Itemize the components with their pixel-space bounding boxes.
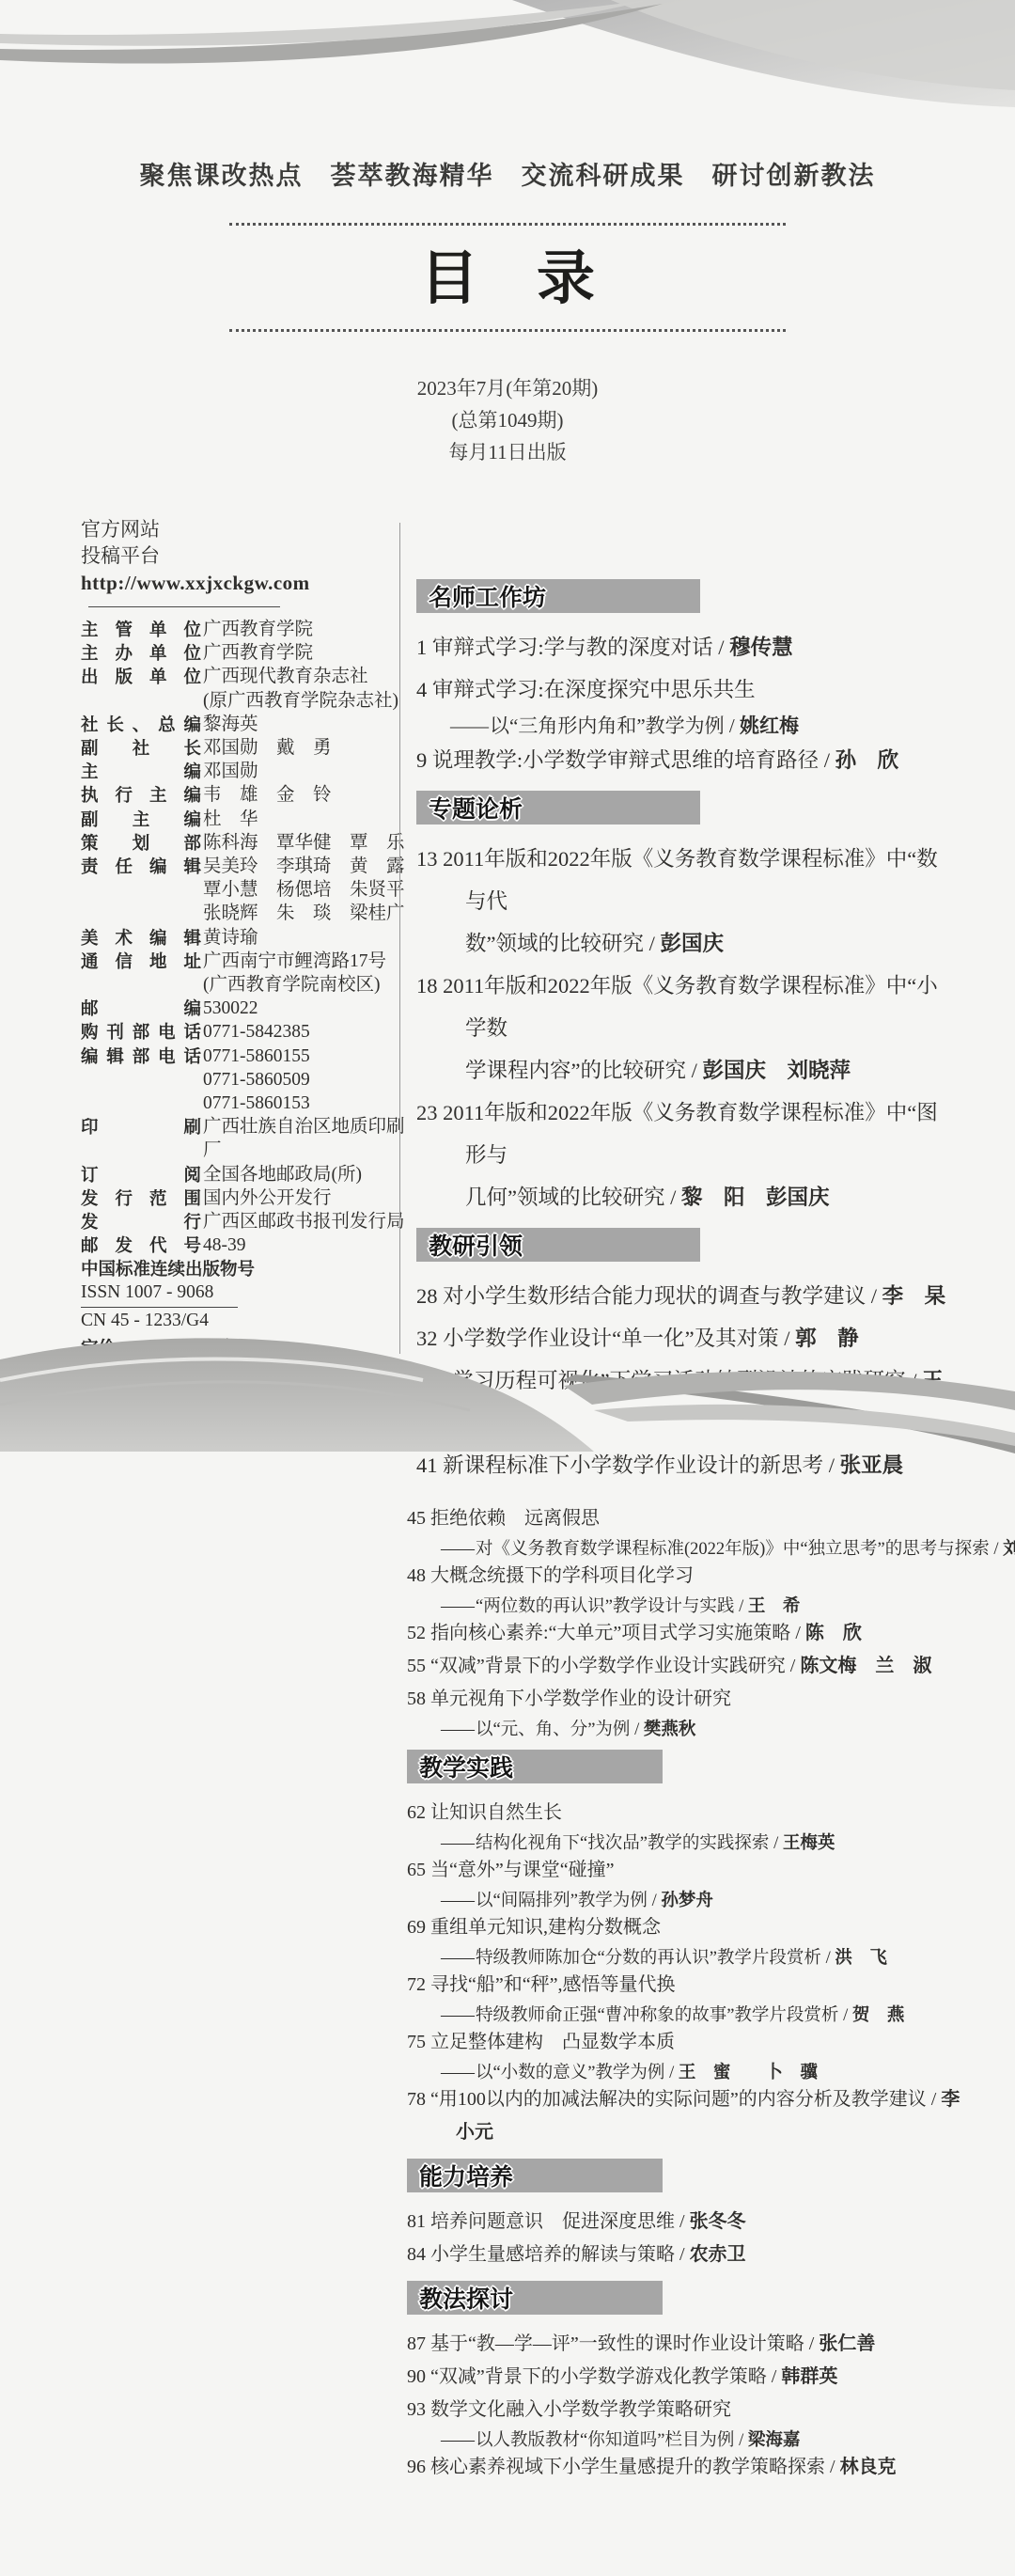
masthead-row-label — [81, 973, 201, 997]
masthead-row-label: 主编 — [81, 760, 201, 783]
toc-entry-author: 孙梦舟 — [661, 1892, 713, 1910]
toc-page-number: 28 — [416, 1284, 438, 1308]
toc-entry-title: 数学文化融入小学数学教学策略研究 — [426, 2399, 731, 2420]
author-separator: / — [790, 1623, 805, 1643]
masthead-row-value: 邓国勋 — [201, 760, 406, 783]
toc-entry-title: “学习历程可视化”下学习活动转型设计的实践研究 — [438, 1369, 906, 1392]
section-header-bar: 教学实践 — [407, 1750, 663, 1783]
masthead-row-label: 编辑部电话 — [81, 1045, 201, 1068]
toc-entry-subtitle: ——特级教师俞正强“曹冲称象的故事”教学片段赏析 / 贺 燕 — [407, 2002, 971, 2026]
toc-entry: 69 重组单元知识,建构分数概念 — [407, 1911, 971, 1944]
toc-page-number: 62 — [407, 1802, 426, 1823]
masthead-row: 执行主编韦 雄 金 铃 — [81, 783, 406, 807]
masthead-row: 出版单位广西现代教育杂志社 — [81, 665, 406, 688]
toc-entry-title: 审辩式学习:学与教的深度对话 — [427, 636, 712, 659]
toc-entry-subtitle: ——以“小数的意义”教学为例 / 王 蜜 卜 骥 — [407, 2059, 971, 2083]
issue-line-date: 2023年7月(年第20期) — [0, 372, 1015, 404]
toc-page-number: 81 — [407, 2211, 426, 2232]
toc-entry-author: 陈文梅 兰 淑 — [800, 1656, 931, 1676]
toc-entry-title: 当“意外”与课堂“碰撞” — [426, 1860, 615, 1880]
toc-entry-title: 寻找“船”和“秤”,感悟等量代换 — [426, 1974, 676, 1995]
em-dash: —— — [450, 715, 488, 737]
masthead-row-label — [81, 1068, 201, 1092]
em-dash: —— — [441, 1949, 474, 1968]
toc-entry-title: 指向核心素养:“大单元”项目式学习实施策略 — [426, 1623, 790, 1643]
toc-page-number: 41 — [416, 1453, 438, 1477]
toc-entry-author: 王梅英 — [783, 1834, 835, 1853]
author-separator: / — [825, 2457, 840, 2477]
masthead-row-value: 吴美玲 李琪琦 黄 露 — [201, 855, 406, 878]
toc-entry-title: 说理教学:小学数学审辩式思维的培育路径 — [427, 748, 819, 772]
toc-entry-author: 姚红梅 — [740, 715, 799, 737]
toc-entry: 23 2011年版和2022年版《义务教育数学课程标准》中“图形与 几何”领域的… — [416, 1092, 957, 1218]
author-separator: / — [675, 2244, 690, 2265]
toc-entry-author: 郭 静 — [795, 1327, 859, 1350]
section-header-bar: 能力培养 — [407, 2159, 663, 2192]
toc-page-number: 96 — [407, 2457, 426, 2477]
em-dash: —— — [441, 1834, 474, 1853]
toc-entry: 81 培养问题意识 促进深度思维 / 张冬冬 — [407, 2206, 971, 2238]
section-title: 教学实践 — [419, 1750, 513, 1783]
masthead-row-value: 0771-5860509 — [201, 1068, 406, 1092]
toc-entry-author: 王 蜜 卜 骥 — [679, 2064, 818, 2082]
masthead-row: 张晓辉 朱 琰 梁桂广 — [81, 902, 406, 925]
site-url: http://www.xxjxckgw.com — [81, 569, 406, 597]
author-separator: / — [686, 1059, 703, 1082]
toc-entry-title: 单元视角下小学数学作业的设计研究 — [426, 1689, 731, 1709]
serial-number-label: 中国标准连续出版物号 — [81, 1257, 406, 1281]
toc-subtitle-text: 以“元、角、分”为例 — [476, 1720, 630, 1739]
masthead-row-value: 韦 雄 金 铃 — [201, 783, 406, 807]
em-dash: —— — [441, 1892, 474, 1910]
author-separator: / — [734, 2431, 747, 2450]
toc-page-number: 4 — [416, 678, 427, 701]
masthead-row-value: 国内外公开发行 — [201, 1186, 406, 1210]
masthead-row-label — [81, 878, 201, 902]
toc-page-number: 69 — [407, 1917, 426, 1938]
toc-subtitle-text: 对《义务教育数学课程标准(2022年版)》中“独立思考”的思考与探索 — [476, 1540, 990, 1559]
masthead-row-value: 杜 华 — [201, 808, 406, 831]
masthead-row-value: 广西南宁市鲤湾路17号 — [201, 950, 406, 973]
masthead-row-label: 发行范围 — [81, 1186, 201, 1210]
author-separator: / — [769, 1834, 782, 1853]
author-separator: / — [664, 2064, 678, 2082]
masthead-row-label: 出版单位 — [81, 665, 201, 688]
toc-entry-title: “用100以内的加减法解决的实际问题”的内容分析及教学建议 — [426, 2089, 927, 2110]
masthead-row-label: 策划部 — [81, 831, 201, 855]
toc-entry: 78 “用100以内的加减法解决的实际问题”的内容分析及教学建议 / 李小元 — [407, 2083, 971, 2149]
toc-page-number: 58 — [407, 1689, 426, 1709]
masthead-row: 主办单位广西教育学院 — [81, 641, 406, 665]
toc-entry-title: “双减”背景下的小学数学游戏化教学策略 — [426, 2366, 767, 2387]
toc-entry: 65 当“意外”与课堂“碰撞” — [407, 1854, 971, 1887]
em-dash: —— — [441, 1720, 474, 1739]
toc-entry: 75 立足整体建构 凸显数学本质 — [407, 2026, 971, 2059]
toc-entry: 52 指向核心素养:“大单元”项目式学习实施策略 / 陈 欣 — [407, 1617, 971, 1650]
masthead-row-label: 主办单位 — [81, 641, 201, 665]
author-separator: / — [838, 2006, 851, 2025]
masthead-row-value: 0771-5860155 — [201, 1045, 406, 1068]
masthead-row-value: 广西教育学院 — [201, 618, 406, 641]
author-separator: / — [713, 636, 730, 659]
toc-entry-author: 刘友富 — [1003, 1540, 1015, 1559]
author-separator: / — [767, 2366, 782, 2387]
price-label: 定价 — [81, 1336, 135, 1359]
toc-entry-author: 张仁善 — [819, 2333, 875, 2354]
toc-entry-author: 洪 飞 — [835, 1949, 887, 1968]
toc-entry: 41 新课程标准下小学数学作业设计的新思考 / 张亚晨 — [416, 1444, 957, 1486]
masthead-row: 邮编530022 — [81, 997, 406, 1020]
toc-page-number: 36 — [416, 1369, 438, 1392]
dotted-divider-top — [229, 223, 786, 226]
toc-entry-author: 樊燕秋 — [644, 1720, 696, 1739]
price-value: 17.00 元 — [165, 1336, 406, 1359]
toc-page-number: 65 — [407, 1860, 426, 1880]
masthead-row-value: 陈科海 覃华健 覃 乐 — [201, 831, 406, 855]
author-separator: / — [648, 1892, 661, 1910]
author-separator: / — [819, 748, 835, 772]
journal-motto: 聚焦课改热点 荟萃教海精华 交流科研成果 研讨创新教法 — [0, 155, 1015, 192]
dotted-divider-bottom — [229, 329, 786, 332]
masthead-row: (原广西教育学院杂志社) — [81, 689, 406, 713]
masthead-row-value: 广西区邮政书报刊发行局 — [201, 1210, 406, 1233]
toc-entry-subtitle: ——结构化视角下“找次品”教学的实践探索 / 王梅英 — [407, 1830, 971, 1854]
masthead-row-label — [81, 689, 201, 713]
masthead-row-value: 覃小慧 杨偲培 朱贤平 — [201, 878, 406, 902]
toc-subtitle-text: 以“小数的意义”教学为例 — [476, 2064, 664, 2082]
masthead-row-value: 黎海英 — [201, 713, 406, 736]
toc-entry-author: 孙 欣 — [835, 748, 899, 772]
toc-subtitle-text: 特级教师俞正强“曹冲称象的故事”教学片段赏析 — [476, 2006, 838, 2025]
masthead-row: 发行范围国内外公开发行 — [81, 1186, 406, 1210]
toc-entry: 45 拒绝依赖 远离假思 — [407, 1502, 971, 1535]
masthead-row: 美术编辑黄诗瑜 — [81, 926, 406, 950]
toc-entry: 32 小学数学作业设计“单一化”及其对策 / 郭 静 — [416, 1317, 957, 1359]
masthead-row-value: 0771-5860153 — [201, 1092, 406, 1115]
toc-page-number: 52 — [407, 1623, 426, 1643]
toc-entry-author: 李 杲 — [882, 1284, 946, 1308]
issue-line-serial: (总第1049期) — [0, 404, 1015, 436]
toc-page-number: 18 — [416, 974, 438, 997]
toc-page-number: 75 — [407, 2032, 426, 2052]
toc-entry-author: 黎 阳 彭国庆 — [681, 1186, 830, 1209]
toc-entry-title: 小学数学作业设计“单一化”及其对策 — [438, 1327, 779, 1350]
toc-entry-title: 核心素养视域下小学生量感提升的教学策略探索 — [426, 2457, 825, 2477]
toc-entry-author: 陈 欣 — [805, 1623, 862, 1643]
issue-info: 2023年7月(年第20期) (总第1049期) 每月11日出版 — [0, 372, 1015, 468]
masthead-row-label: 副社长 — [81, 736, 201, 760]
section-header-bar: 教法探讨 — [407, 2281, 663, 2315]
masthead-row: 覃小慧 杨偲培 朱贤平 — [81, 878, 406, 902]
masthead: 官方网站 投稿平台 http://www.xxjxckgw.com 主管单位广西… — [81, 516, 406, 1373]
masthead-row-label: 邮发代号 — [81, 1233, 201, 1257]
toc-entry: 96 核心素养视域下小学生量感提升的教学策略探索 / 林良克 — [407, 2451, 971, 2484]
masthead-row-label: 美术编辑 — [81, 926, 201, 950]
toc-upper-column: 名师工作坊1 审辩式学习:学与教的深度对话 / 穆传慧4 审辩式学习:在深度探究… — [416, 570, 957, 1486]
toc-subtitle-text: “两位数的再认识”教学设计与实践 — [476, 1597, 734, 1616]
masthead-row: 0771-5860509 — [81, 1068, 406, 1092]
toc-page-number: 90 — [407, 2366, 426, 2387]
toc-entry-title: 新课程标准下小学数学作业设计的新思考 — [438, 1453, 824, 1477]
author-separator: / — [630, 1720, 643, 1739]
toc-entry-subtitle: ——对《义务教育数学课程标准(2022年版)》中“独立思考”的思考与探索 / 刘… — [407, 1535, 971, 1560]
toc-entry-title: 大概念统摄下的学科项目化学习 — [426, 1565, 694, 1586]
masthead-row-label: 通信地址 — [81, 950, 201, 973]
toc-page-number: 45 — [407, 1508, 426, 1529]
toc-entry-author: 梁海嘉 — [748, 2431, 801, 2450]
toc-entry: 87 基于“教—学—评”一致性的课时作业设计策略 / 张仁善 — [407, 2328, 971, 2361]
toc-entry-author: 贺 燕 — [852, 2006, 905, 2025]
issn-number: ISSN 1007 - 9068 — [81, 1281, 238, 1308]
masthead-row: 副主编杜 华 — [81, 808, 406, 831]
masthead-row-value: 黄诗瑜 — [201, 926, 406, 950]
section-title: 能力培养 — [419, 2159, 513, 2192]
toc-page-number: 13 — [416, 847, 438, 871]
section-title: 教研引领 — [429, 1228, 523, 1262]
masthead-row-value: 广西现代教育杂志社 — [201, 665, 406, 688]
masthead-row-label: 发行 — [81, 1210, 201, 1233]
em-dash: —— — [441, 2064, 474, 2082]
toc-entry: 48 大概念统摄下的学科项目化学习 — [407, 1560, 971, 1593]
toc-page-number: 48 — [407, 1565, 426, 1586]
author-separator: / — [866, 1284, 882, 1308]
toc-entry: 18 2011年版和2022年版《义务教育数学课程标准》中“小学数 学课程内容”… — [416, 965, 957, 1092]
masthead-row-label: 主管单位 — [81, 618, 201, 641]
section-title: 教法探讨 — [419, 2281, 513, 2315]
masthead-row: 责任编辑吴美玲 李琪琦 黄 露 — [81, 855, 406, 878]
author-separator: / — [644, 932, 661, 955]
toc-entry-title: 小学生量感培养的解读与策略 — [426, 2244, 675, 2265]
toc-page-number: 23 — [416, 1101, 438, 1124]
toc-page-number: 84 — [407, 2244, 426, 2265]
masthead-row: 邮发代号48-39 — [81, 1233, 406, 1257]
toc-entry: 84 小学生量感培养的解读与策略 / 农赤卫 — [407, 2238, 971, 2271]
masthead-row-value: 48-39 — [201, 1233, 406, 1257]
toc-entry-subtitle: ——“两位数的再认识”教学设计与实践 / 王 希 — [407, 1593, 971, 1617]
top-wave-decoration — [0, 0, 1015, 113]
author-separator: / — [734, 1597, 747, 1616]
toc-subtitle-text: 以人教版教材“你知道吗”栏目为例 — [476, 2431, 734, 2450]
toc-entry-author: 林良克 — [840, 2457, 897, 2477]
toc-page-number: 93 — [407, 2399, 426, 2420]
toc-subtitle-text: 结构化视角下“找次品”教学的实践探索 — [476, 1834, 769, 1853]
masthead-row-label: 副主编 — [81, 808, 201, 831]
toc-entry: 28 对小学生数形结合能力现状的调查与教学建议 / 李 杲 — [416, 1275, 957, 1317]
submission-platform-label: 投稿平台 — [81, 542, 406, 569]
author-separator: / — [821, 1949, 835, 1968]
author-separator: / — [990, 1540, 1003, 1559]
masthead-row-label: 印刷 — [81, 1115, 201, 1162]
section-header-bar: 名师工作坊 — [416, 579, 700, 613]
toc-entry-subtitle: ——以人教版教材“你知道吗”栏目为例 / 梁海嘉 — [407, 2427, 971, 2451]
author-separator: / — [725, 715, 740, 737]
toc-entry-subtitle: ——以“元、角、分”为例 / 樊燕秋 — [407, 1716, 971, 1740]
toc-entry-title: 基于“教—学—评”一致性的课时作业设计策略 — [426, 2333, 804, 2354]
toc-entry-subtitle: ——以“三角形内角和”教学为例 / 姚红梅 — [416, 711, 957, 739]
masthead-row: (广西教育学院南校区) — [81, 973, 406, 997]
masthead-row: 订阅全国各地邮政局(所) — [81, 1163, 406, 1186]
toc-entry-title: 审辩式学习:在深度探究中思乐共生 — [427, 678, 755, 701]
masthead-row: 印刷广西壮族自治区地质印刷厂 — [81, 1115, 406, 1162]
masthead-row: 社长、总编黎海英 — [81, 713, 406, 736]
masthead-row-label: 责任编辑 — [81, 855, 201, 878]
toc-entry: 55 “双减”背景下的小学数学作业设计实践研究 / 陈文梅 兰 淑 — [407, 1650, 971, 1683]
toc-entry-title: “双减”背景下的小学数学作业设计实践研究 — [426, 1656, 786, 1676]
toc-entry: 9 说理教学:小学数学审辩式思维的培育路径 / 孙 欣 — [416, 739, 957, 781]
toc-entry-title: 拒绝依赖 远离假思 — [426, 1508, 600, 1529]
masthead-row: 编辑部电话0771-5860155 — [81, 1045, 406, 1068]
masthead-row-label: 执行主编 — [81, 783, 201, 807]
author-separator: / — [906, 1369, 923, 1392]
masthead-rows: 主管单位广西教育学院主办单位广西教育学院出版单位广西现代教育杂志社(原广西教育学… — [81, 618, 406, 1257]
toc-page-number: 32 — [416, 1327, 438, 1350]
masthead-row-value: 530022 — [201, 997, 406, 1020]
masthead-row-value: 全国各地邮政局(所) — [201, 1163, 406, 1186]
em-dash: —— — [441, 1540, 474, 1559]
toc-lower-column: 45 拒绝依赖 远离假思——对《义务教育数学课程标准(2022年版)》中“独立思… — [407, 1502, 971, 2484]
author-separator: / — [786, 1656, 801, 1676]
em-dash: —— — [441, 2006, 474, 2025]
toc-entry: 13 2011年版和2022年版《义务教育数学课程标准》中“数与代 数”领域的比… — [416, 838, 957, 965]
toc-entry-author: 彭国庆 — [661, 932, 725, 955]
toc-entry-subtitle: ——特级教师陈加仓“分数的再认识”教学片段赏析 / 洪 飞 — [407, 1944, 971, 1969]
issue-line-schedule: 每月11日出版 — [0, 436, 1015, 468]
toc-entry-author: 张冬冬 — [690, 2211, 746, 2232]
masthead-row-value: 广西壮族自治区地质印刷厂 — [201, 1115, 406, 1162]
toc-entry-author: 张亚晨 — [840, 1453, 904, 1477]
masthead-row: 发行广西区邮政书报刊发行局 — [81, 1210, 406, 1233]
masthead-row: 0771-5860153 — [81, 1092, 406, 1115]
section-title: 名师工作坊 — [429, 579, 546, 613]
toc-entry: 72 寻找“船”和“秤”,感悟等量代换 — [407, 1969, 971, 2002]
section-header-bar: 教研引领 — [416, 1228, 700, 1262]
masthead-row-value: 广西教育学院 — [201, 641, 406, 665]
masthead-rule-bottom — [85, 1372, 293, 1373]
em-dash: —— — [441, 2431, 474, 2450]
toc-entry: 36 “学习历程可视化”下学习活动转型设计的实践研究 / 王 军 — [416, 1359, 957, 1444]
toc-entry-title: 重组单元知识,建构分数概念 — [426, 1917, 661, 1938]
author-separator: / — [665, 1186, 682, 1209]
masthead-row: 购刊部电话0771-5842385 — [81, 1020, 406, 1044]
masthead-row-value: 邓国勋 戴 勇 — [201, 736, 406, 760]
toc-entry-title: 培养问题意识 促进深度思维 — [426, 2211, 675, 2232]
toc-page-number: 9 — [416, 748, 427, 772]
masthead-rule-top — [88, 606, 280, 607]
cn-number: CN 45 - 1233/G4 — [81, 1308, 406, 1333]
masthead-row-value: (原广西教育学院杂志社) — [201, 689, 406, 713]
masthead-row: 副社长邓国勋 戴 勇 — [81, 736, 406, 760]
price-row: 定价 17.00 元 — [81, 1336, 406, 1359]
author-separator: / — [804, 2333, 820, 2354]
toc-entry: 1 审辩式学习:学与教的深度对话 / 穆传慧 — [416, 626, 957, 668]
toc-entry: 62 让知识自然生长 — [407, 1797, 971, 1830]
page-title: 目 录 — [0, 250, 1015, 308]
masthead-row: 主管单位广西教育学院 — [81, 618, 406, 641]
section-title: 专题论析 — [429, 791, 523, 825]
official-site-label: 官方网站 — [81, 516, 406, 542]
author-separator: / — [675, 2211, 690, 2232]
masthead-row-value: (广西教育学院南校区) — [201, 973, 406, 997]
masthead-row-label — [81, 902, 201, 925]
toc-entry: 58 单元视角下小学数学作业的设计研究 — [407, 1683, 971, 1716]
toc-subtitle-text: 以“间隔排列”教学为例 — [476, 1892, 648, 1910]
toc-entry-title: 让知识自然生长 — [426, 1802, 562, 1823]
toc-subtitle-text: 特级教师陈加仓“分数的再认识”教学片段赏析 — [476, 1949, 821, 1968]
toc-entry: 93 数学文化融入小学数学教学策略研究 — [407, 2394, 971, 2427]
author-separator: / — [823, 1453, 840, 1477]
toc-entry: 90 “双减”背景下的小学数学游戏化教学策略 / 韩群英 — [407, 2361, 971, 2394]
masthead-row-value: 0771-5842385 — [201, 1020, 406, 1044]
masthead-row-value: 张晓辉 朱 琰 梁桂广 — [201, 902, 406, 925]
masthead-row: 策划部陈科海 覃华健 覃 乐 — [81, 831, 406, 855]
toc-entry-author: 穆传慧 — [729, 636, 793, 659]
masthead-row-label: 订阅 — [81, 1163, 201, 1186]
toc-page-number: 87 — [407, 2333, 426, 2354]
author-separator: / — [927, 2089, 942, 2110]
em-dash: —— — [441, 1597, 474, 1616]
masthead-row-label — [81, 1092, 201, 1115]
masthead-row-label: 购刊部电话 — [81, 1020, 201, 1044]
toc-page-number: 55 — [407, 1656, 426, 1676]
toc-entry: 4 审辩式学习:在深度探究中思乐共生 — [416, 668, 957, 711]
section-header-bar: 专题论析 — [416, 791, 700, 825]
toc-entry-author: 彭国庆 刘晓萍 — [703, 1059, 851, 1082]
masthead-row-label: 邮编 — [81, 997, 201, 1020]
toc-entry-title: 立足整体建构 凸显数学本质 — [426, 2032, 675, 2052]
toc-page-number: 78 — [407, 2089, 426, 2110]
masthead-row: 通信地址广西南宁市鲤湾路17号 — [81, 950, 406, 973]
toc-entry-author: 王 希 — [748, 1597, 801, 1616]
masthead-row-label: 社长、总编 — [81, 713, 201, 736]
toc-entry-subtitle: ——以“间隔排列”教学为例 / 孙梦舟 — [407, 1887, 971, 1911]
author-separator: / — [779, 1327, 796, 1350]
toc-subtitle-text: 以“三角形内角和”教学为例 — [490, 715, 725, 737]
toc-page-number: 1 — [416, 636, 427, 659]
toc-entry-author: 农赤卫 — [690, 2244, 746, 2265]
toc-entry-title: 对小学生数形结合能力现状的调查与教学建议 — [438, 1284, 867, 1308]
toc-page-number: 72 — [407, 1974, 426, 1995]
toc-entry-author: 韩群英 — [781, 2366, 837, 2387]
masthead-row: 主编邓国勋 — [81, 760, 406, 783]
column-divider — [399, 523, 400, 1354]
